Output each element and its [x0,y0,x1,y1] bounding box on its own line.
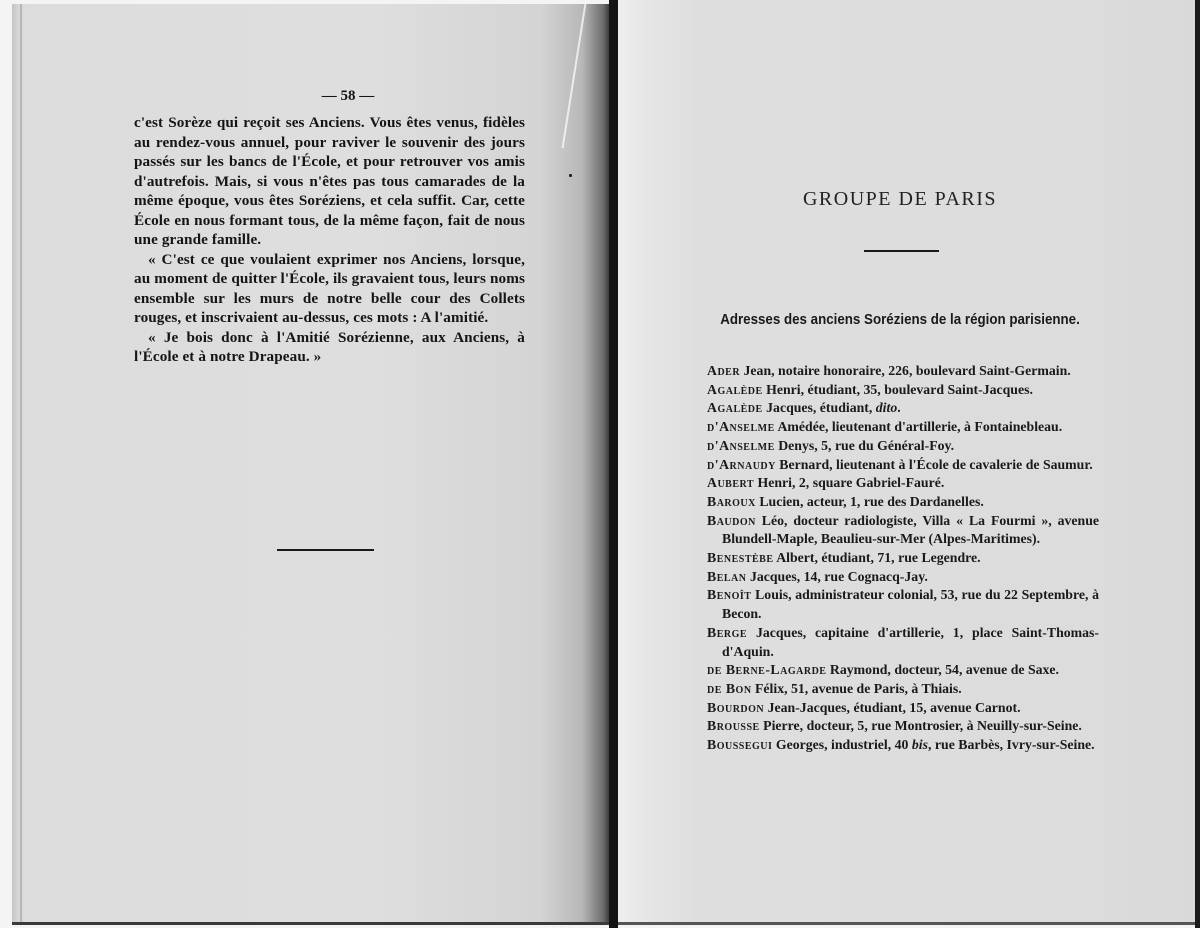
surname: Aubert [707,475,754,490]
surname: Benoît [707,587,751,602]
paragraph: c'est Sorèze qui reçoit ses Anciens. Vou… [134,113,525,250]
page-number: — 58 — [318,88,378,105]
entry-details: Denys, 5, rue du Général-Foy. [775,438,954,453]
entry-details: Jacques, capitaine d'artillerie, 1, plac… [722,625,1099,659]
address-entry: d'Anselme Amédée, lieutenant d'artilleri… [707,418,1099,437]
entry-details: Pierre, docteur, 5, rue Montrosier, à Ne… [760,718,1082,733]
section-title: GROUPE DE PARIS [700,188,1100,211]
name-particle: d' [707,438,719,453]
entry-details: Louis, administrateur colonial, 53, rue … [722,587,1099,621]
address-entry: d'Anselme Denys, 5, rue du Général-Foy. [707,437,1099,456]
entry-details: Henri, 2, square Gabriel-Fauré. [754,475,944,490]
paragraph: « C'est ce que voulaient exprimer nos An… [134,250,525,328]
entry-details: Jacques, 14, rue Cognacq-Jay. [747,569,928,584]
surname: Brousse [707,718,760,733]
surname: Bourdon [707,700,764,715]
address-entry: Benoît Louis, administrateur colonial, 5… [707,586,1099,623]
surname: Baroux [707,494,756,509]
entry-details: Henri, étudiant, 35, boulevard Saint-Jac… [763,382,1033,397]
scan-edge [1195,0,1200,928]
surname: Boussegui [707,737,772,752]
address-entry: Benestèbe Albert, étudiant, 71, rue Lege… [707,549,1099,568]
address-list: Ader Jean, notaire honoraire, 226, boule… [707,362,1099,755]
surname: Bon [726,681,752,696]
address-entry: Brousse Pierre, docteur, 5, rue Montrosi… [707,717,1099,736]
entry-italic: bis [912,737,928,752]
surname: Baudon [707,513,756,528]
entry-details: Amédée, lieutenant d'artillerie, à Fonta… [775,419,1062,434]
entry-tail: . [897,400,900,415]
address-entry: Ader Jean, notaire honoraire, 226, boule… [707,362,1099,381]
entry-details: Raymond, docteur, 54, avenue de Saxe. [826,662,1059,677]
name-particle: d' [707,457,719,472]
surname: Belan [707,569,747,584]
paragraph: « Je bois donc à l'Amitié Sorézienne, au… [134,328,525,367]
surname: Anselme [719,438,775,453]
address-entry: Baroux Lucien, acteur, 1, rue des Dardan… [707,493,1099,512]
entry-details: Albert, étudiant, 71, rue Legendre. [774,550,981,565]
left-page-body: c'est Sorèze qui reçoit ses Anciens. Vou… [134,113,525,367]
entry-details: Léo, docteur radiologiste, Villa « La Fo… [722,513,1099,547]
surname: Agalède [707,400,763,415]
ink-speck [569,174,572,177]
entry-details: Félix, 51, avenue de Paris, à Thiais. [752,681,962,696]
address-entry: Agalède Jacques, étudiant, dito. [707,399,1099,418]
surname: Berne-Lagarde [726,662,827,677]
section-divider [277,549,374,551]
name-particle: de [707,662,726,677]
surname: Benestèbe [707,550,774,565]
surname: Anselme [719,419,775,434]
address-entry: Baudon Léo, docteur radiologiste, Villa … [707,512,1099,549]
entry-details: Jean, notaire honoraire, 226, boulevard … [740,363,1071,378]
entry-tail: , rue Barbès, Ivry-sur-Seine. [928,737,1095,752]
entry-details: Jean-Jacques, étudiant, 15, avenue Carno… [764,700,1020,715]
section-subtitle: Adresses des anciens Soréziens de la rég… [716,312,1084,328]
entry-details: Georges, industriel, 40 [772,737,912,752]
address-entry: de Bon Félix, 51, avenue de Paris, à Thi… [707,680,1099,699]
name-particle: de [707,681,726,696]
address-entry: d'Arnaudy Bernard, lieutenant à l'École … [707,456,1099,475]
address-entry: Belan Jacques, 14, rue Cognacq-Jay. [707,568,1099,587]
entry-italic: dito [876,400,897,415]
address-entry: Agalède Henri, étudiant, 35, boulevard S… [707,381,1099,400]
surname: Ader [707,363,740,378]
address-entry: Aubert Henri, 2, square Gabriel-Fauré. [707,474,1099,493]
surname: Agalède [707,382,763,397]
entry-details: Bernard, lieutenant à l'École de cavaler… [776,457,1093,472]
entry-details: Jacques, étudiant, [763,400,876,415]
entry-details: Lucien, acteur, 1, rue des Dardanelles. [756,494,984,509]
book-spine [609,0,618,928]
address-entry: de Berne-Lagarde Raymond, docteur, 54, a… [707,661,1099,680]
surname: Berge [707,625,747,640]
surname: Arnaudy [719,457,776,472]
title-divider [864,250,939,252]
name-particle: d' [707,419,719,434]
address-entry: Bourdon Jean-Jacques, étudiant, 15, aven… [707,699,1099,718]
address-entry: Boussegui Georges, industriel, 40 bis, r… [707,736,1099,755]
address-entry: Berge Jacques, capitaine d'artillerie, 1… [707,624,1099,661]
